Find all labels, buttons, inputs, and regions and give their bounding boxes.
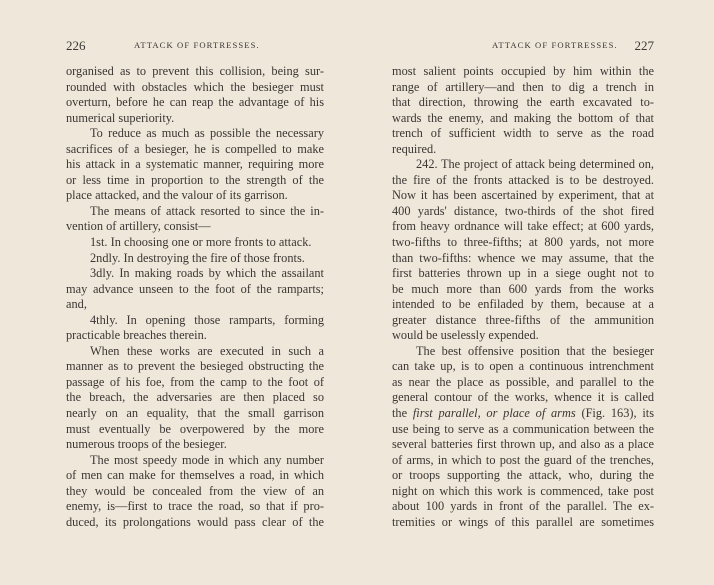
text-line: night on which this work is commenced, t… (392, 484, 654, 500)
text-line: The best offensive position that the bes… (392, 344, 654, 360)
text-line: Now it has been ascertained by experimen… (392, 188, 654, 204)
text-line: required. (392, 142, 654, 158)
text-line: passage of his foe, from the camp to the… (66, 375, 324, 391)
page-number: 226 (66, 38, 86, 54)
text-line: the breach, the adversaries are then pla… (66, 390, 324, 406)
running-head: ATTACK OF FORTRESSES. 227 (392, 38, 654, 54)
text-line: they would be concealed from the view of… (66, 484, 324, 500)
text-line: 2ndly. In destroying the fire of those f… (66, 251, 324, 267)
running-head: 226 ATTACK OF FORTRESSES. (66, 38, 324, 54)
text-line: of arms, in which to post the guard of t… (392, 453, 654, 469)
text-line: range of artillery—and then to dig a tre… (392, 80, 654, 96)
text-line: organised as to prevent this collision, … (66, 64, 324, 80)
text-line: the first parallel, or place of arms (Fi… (392, 406, 654, 422)
text-line: that direction, throwing the earth excav… (392, 95, 654, 111)
text-line: nearly on an equality, that the small ga… (66, 406, 324, 422)
text-line: enemy, is—first to trace the road, so th… (66, 499, 324, 515)
text-line: be much more than 600 yards from the wor… (392, 282, 654, 298)
text-line: can take up, is to open a continuous int… (392, 359, 654, 375)
text-line: numerical superiority. (66, 111, 324, 127)
text-line: would be uselessly expended. (392, 328, 654, 344)
text-line: sacrifices of a besieger, he is compelle… (66, 142, 324, 158)
text-line: duced, its prolongations would pass clea… (66, 515, 324, 531)
text-line: as near the place as possible, and paral… (392, 375, 654, 391)
text-line: vention of artillery, consist— (66, 219, 324, 235)
text-line: greater distance three-fifths of the amm… (392, 313, 654, 329)
text-line: the fire of the fronts attacked is to be… (392, 173, 654, 189)
text-line: use being to serve as a communication be… (392, 422, 654, 438)
page-body-text: most salient points occupied by him with… (392, 64, 654, 530)
running-head-title: ATTACK OF FORTRESSES. (134, 40, 260, 50)
italic-term: first parallel, or place of arms (413, 406, 576, 420)
text-line: rounded with obstacles which the besiege… (66, 80, 324, 96)
text-line: tremities or wings of this parallel are … (392, 515, 654, 531)
right-page: ATTACK OF FORTRESSES. 227 most salient p… (392, 0, 654, 585)
left-page: 226 ATTACK OF FORTRESSES. organised as t… (66, 0, 324, 585)
text-line: wards the enemy, and making the bottom o… (392, 111, 654, 127)
text-line: must eventually be overpowered by the mo… (66, 422, 324, 438)
text-line: 4thly. In opening those ramparts, formin… (66, 313, 324, 329)
text-line: trench of sufficient width to serve as t… (392, 126, 654, 142)
text-line: 242. The project of attack being determi… (392, 157, 654, 173)
running-head-title: ATTACK OF FORTRESSES. (492, 40, 618, 50)
page-number: 227 (635, 38, 655, 54)
text-line: several batteries first thrown up, and a… (392, 437, 654, 453)
text-line: overturn, before he can reap the advanta… (66, 95, 324, 111)
text-line: manner as to prevent the besieged obstru… (66, 359, 324, 375)
text-line: and, (66, 297, 324, 313)
text-line: or troops supporting the attack, who, du… (392, 468, 654, 484)
text-line: When these works are executed in such a (66, 344, 324, 360)
text-line: of men can make for themselves a road, i… (66, 468, 324, 484)
text-line: To reduce as much as possible the necess… (66, 126, 324, 142)
text-line: 3dly. In making roads by which the assai… (66, 266, 324, 282)
text-line: 1st. In choosing one or more fronts to a… (66, 235, 324, 251)
text-line: two-fifths to three-fifths; at 800 yards… (392, 235, 654, 251)
text-line: about 100 yards in front of the parallel… (392, 499, 654, 515)
text-line: his attack in a systematic manner, requi… (66, 157, 324, 173)
text-line: general contour of the works, whence it … (392, 390, 654, 406)
text-line: most salient points occupied by him with… (392, 64, 654, 80)
page-body-text: organised as to prevent this collision, … (66, 64, 324, 530)
text-line: The most speedy mode in which any number (66, 453, 324, 469)
text-line: numerous troops of the besieger. (66, 437, 324, 453)
text-line: first batteries thrown up in a siege oug… (392, 266, 654, 282)
text-line: intended to be enfiladed by them, becaus… (392, 297, 654, 313)
text-line: than two-fifths: whence we may assume, t… (392, 251, 654, 267)
text-line: from heavy ordnance will take effect; at… (392, 219, 654, 235)
text-line: 400 yards' distance, two-thirds of the s… (392, 204, 654, 220)
text-line: or less time in proportion to the streng… (66, 173, 324, 189)
text-line: The means of attack resorted to since th… (66, 204, 324, 220)
text-line: practicable breaches therein. (66, 328, 324, 344)
text-line: place attacked, and the valour of its ga… (66, 188, 324, 204)
text-line: may advance unseen to the foot of the ra… (66, 282, 324, 298)
